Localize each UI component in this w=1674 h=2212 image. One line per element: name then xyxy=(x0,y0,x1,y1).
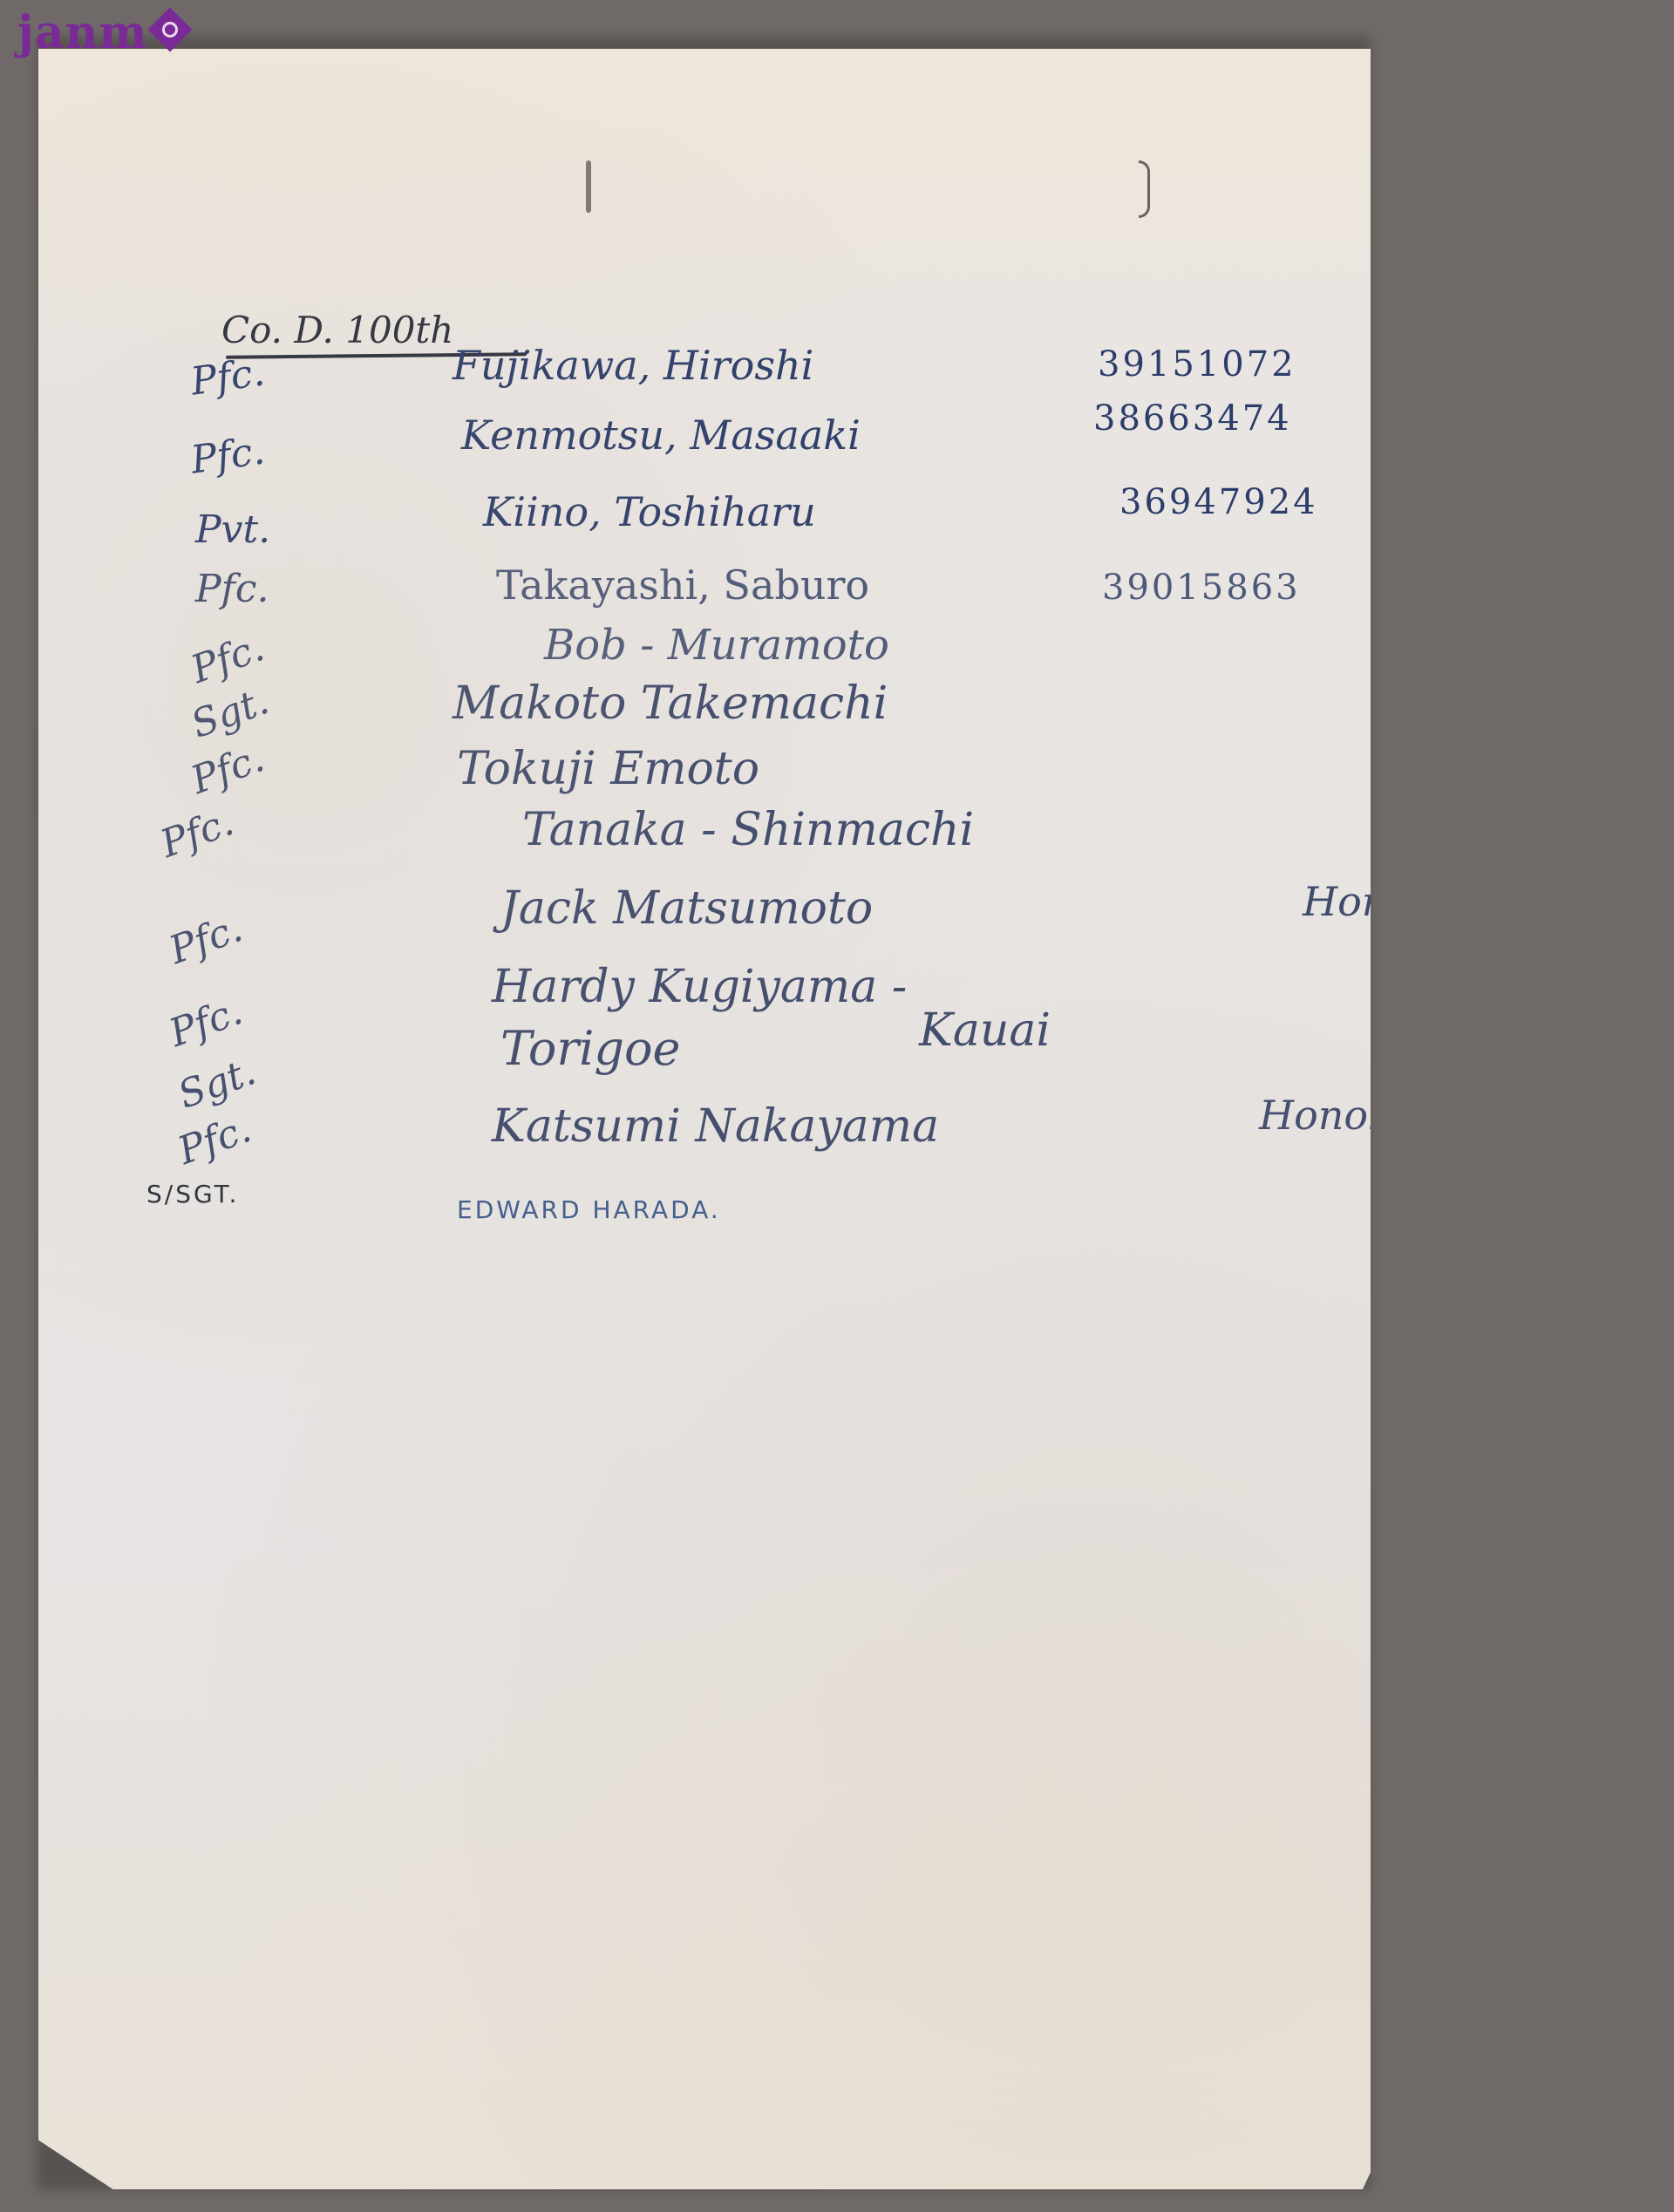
logo-text: janm xyxy=(17,10,147,56)
soldier-name: Tanaka - Shinmachi xyxy=(522,807,974,853)
soldier-name: Makoto Takemachi xyxy=(453,681,888,726)
rank: Pfc. xyxy=(195,570,269,609)
hometown: Hilo. xyxy=(1377,799,1473,839)
document-heading: Co. D. 100th xyxy=(221,312,453,349)
serial-number: 36947924 xyxy=(1119,485,1318,520)
soldier-name: Takayashi, Saburo xyxy=(496,565,869,605)
soldier-name: Fujikawa, Hiroshi xyxy=(453,345,813,385)
soldier-name: Bob - Muramoto xyxy=(544,624,889,666)
soldier-name: Hardy Kugiyama - xyxy=(492,964,907,1010)
janm-crest-icon xyxy=(148,8,193,52)
serial-number: 39015863 xyxy=(1102,570,1301,605)
soldier-name: Kiino, Toshiharu xyxy=(483,492,816,532)
soldier-name: Jack Matsumoto xyxy=(500,886,873,931)
soldier-name: Katsumi Nakayama xyxy=(492,1104,939,1149)
rank: Pfc. xyxy=(165,992,247,1053)
rank: Sgt. xyxy=(187,682,274,745)
rank: Pfc. xyxy=(187,739,269,800)
rank: Pfc. xyxy=(156,803,238,864)
rank: Pfc. xyxy=(188,432,267,480)
punch-hole-right xyxy=(1139,160,1150,218)
rank: Pfc. xyxy=(165,909,247,970)
hometown: Kauai xyxy=(1451,668,1568,708)
rank: Sgt. xyxy=(174,1052,261,1115)
document-page: Co. D. 100th Pfc. Fujikawa, Hiroshi 3915… xyxy=(38,49,1371,2189)
soldier-name: Tokuji Emoto xyxy=(457,746,759,792)
heading-underline xyxy=(226,352,527,359)
soldier-name: Torigoe xyxy=(500,1025,680,1072)
rank: Pfc. xyxy=(187,629,269,690)
hometown: Kauai xyxy=(919,1008,1051,1053)
punch-hole-left xyxy=(586,160,591,213)
rank: Pfc. xyxy=(188,353,267,401)
soldier-name: Kenmotsu, Masaaki xyxy=(461,415,861,455)
rank: Pvt. xyxy=(195,511,270,549)
rank: S/SGT. xyxy=(146,1182,239,1207)
hometown: Honolulu xyxy=(1259,1095,1446,1135)
rank: Pfc. xyxy=(174,1110,255,1171)
janm-logo: janm xyxy=(17,10,186,56)
soldier-name: EDWARD HARADA. xyxy=(457,1198,721,1222)
hometown: Honolulu xyxy=(1303,881,1489,922)
serial-number: 38663474 xyxy=(1093,401,1292,436)
serial-number: 39151072 xyxy=(1098,347,1296,382)
